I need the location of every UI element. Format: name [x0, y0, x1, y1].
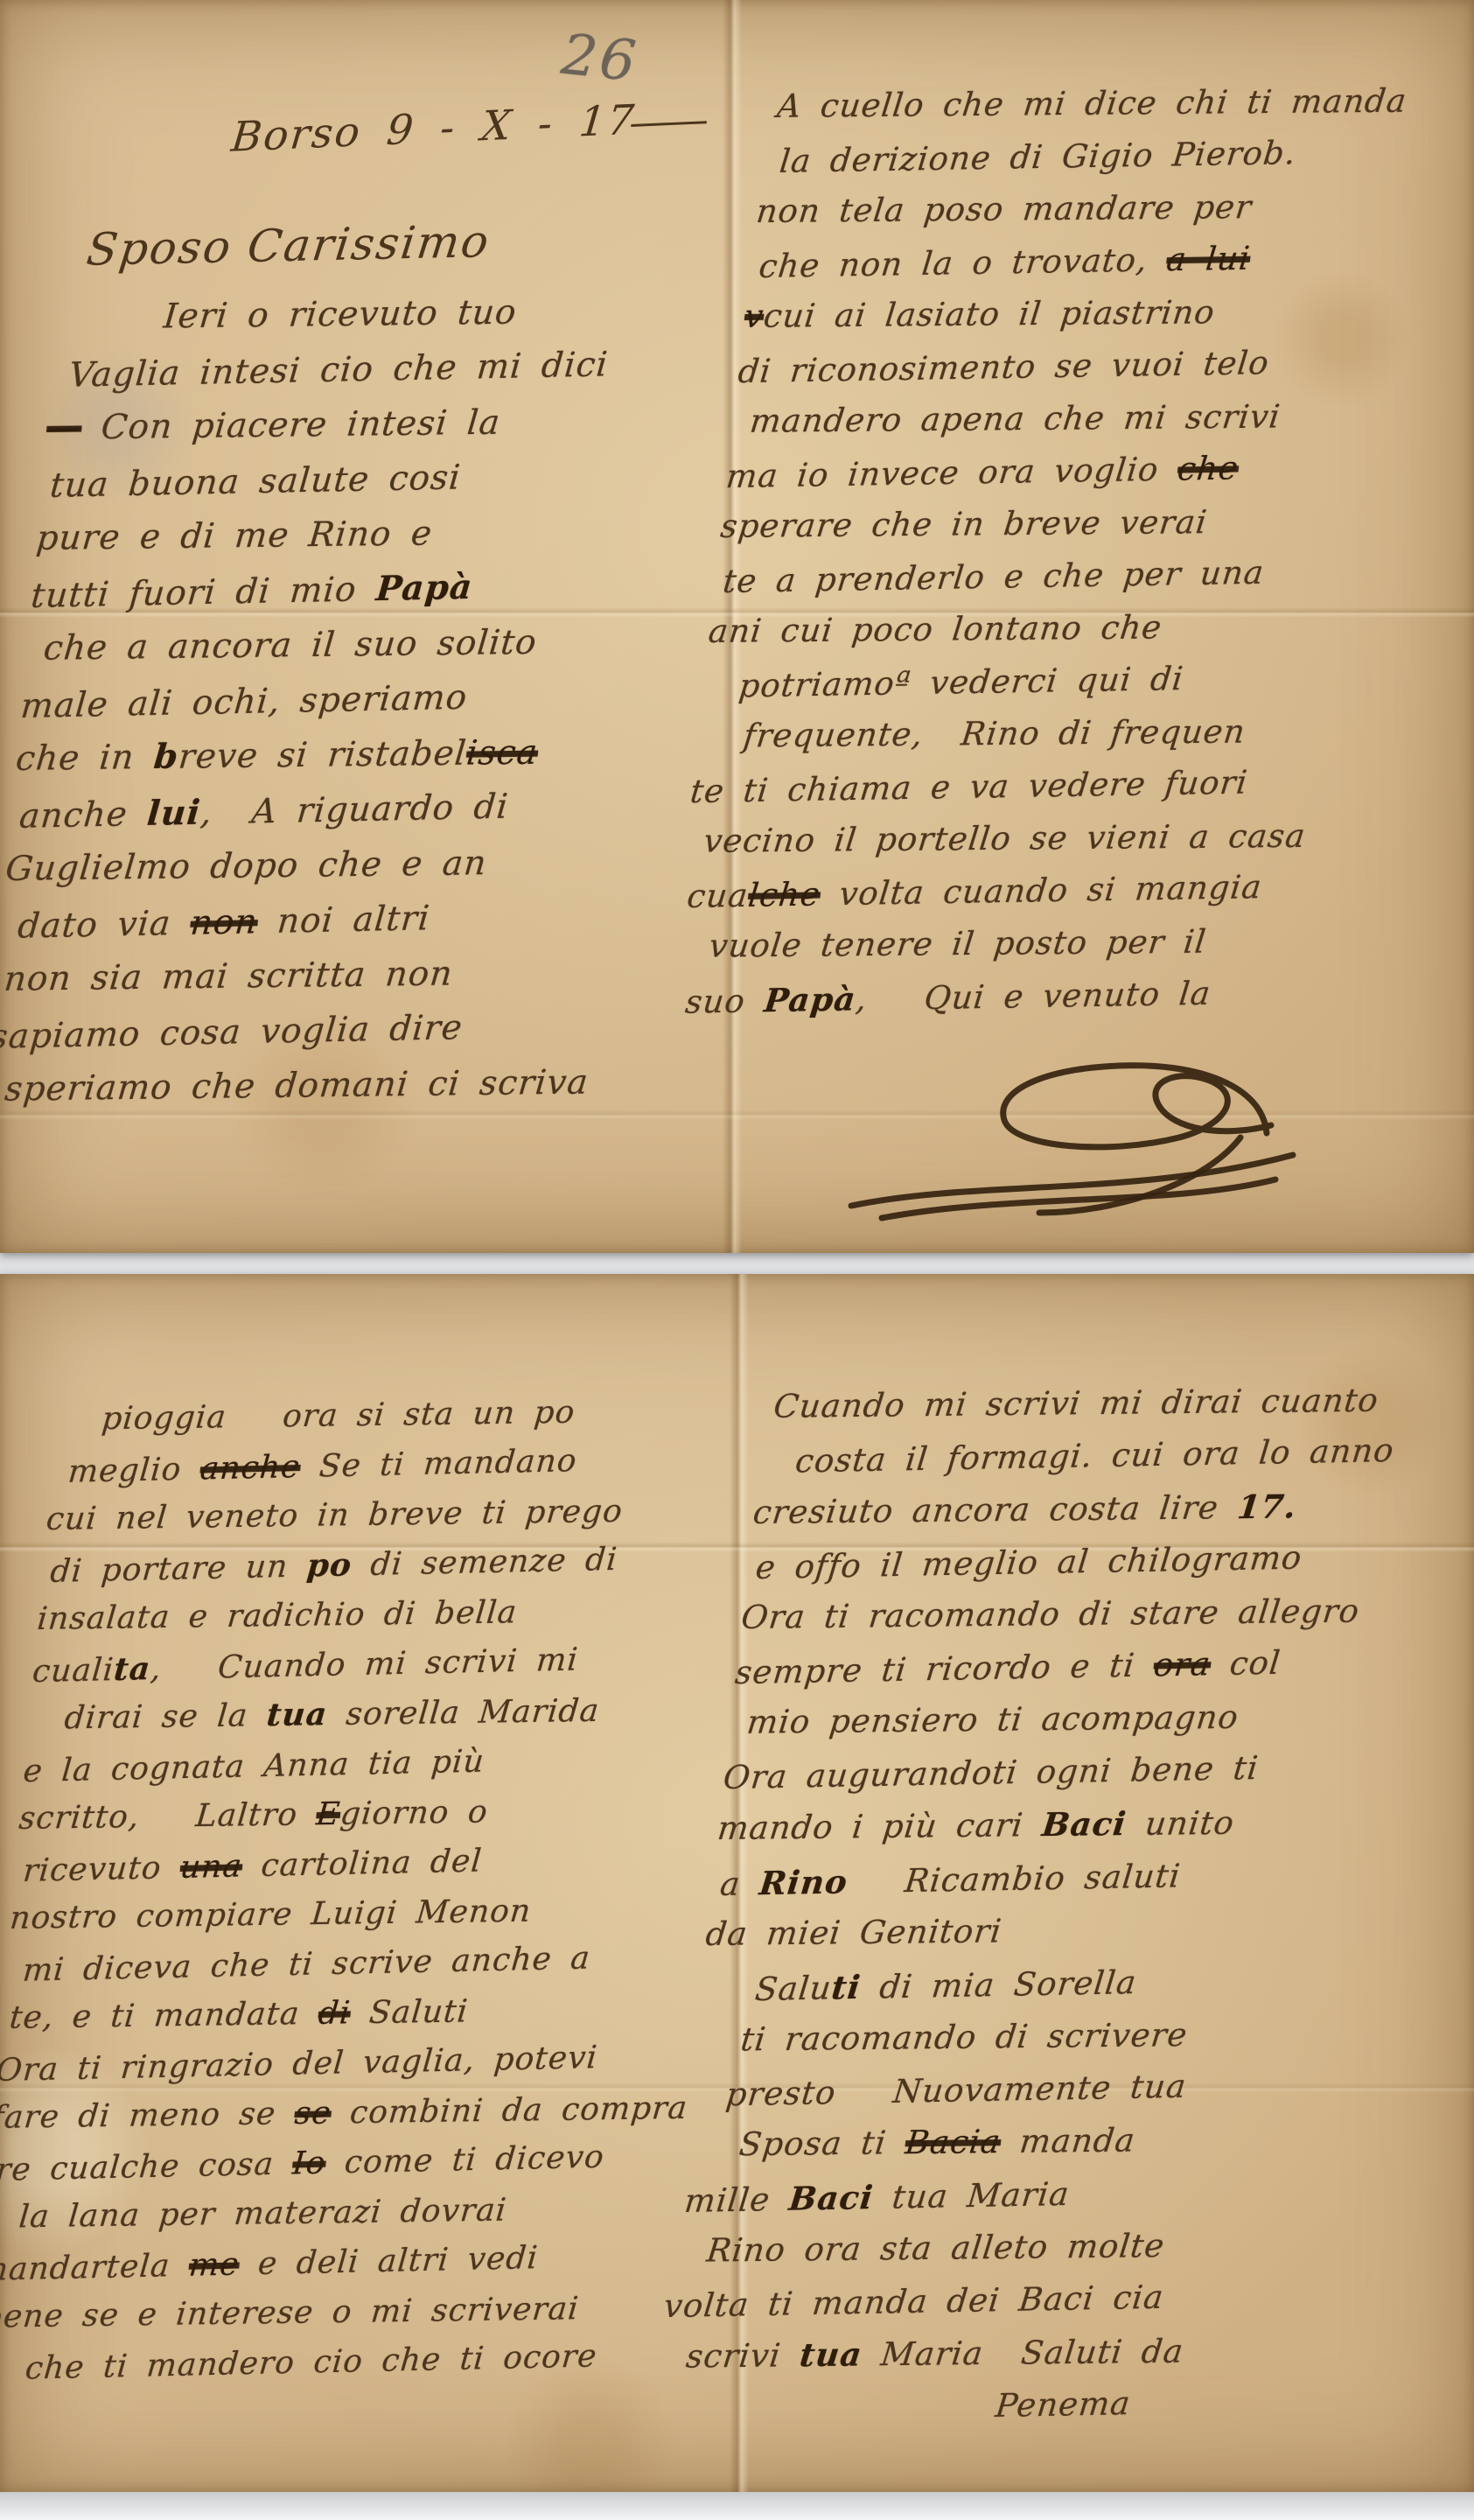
- handwriting-text: e la cognata Anna tia più: [22, 1744, 486, 1789]
- handwriting-text: , Cuando mi scrivi mi: [150, 1642, 580, 1688]
- heavy-ink-word: ta: [112, 1650, 152, 1688]
- handwriting-text: volta cuando si mangia: [819, 868, 1264, 913]
- struck-word: anche: [199, 1449, 302, 1487]
- page2-right-column: Cuando mi scrivi mi dirai cuanto costa i…: [650, 1373, 1474, 2435]
- scanner-background-strip: [0, 2492, 1474, 2520]
- handwritten-line: Saluti di mia Sorella: [715, 1950, 1415, 2017]
- struck-word: lche: [746, 875, 822, 913]
- handwriting-text: Ora ti racomando di stare allegro: [739, 1592, 1361, 1636]
- handwriting-text: tua buona salute cosi: [48, 458, 462, 505]
- handwritten-line: cualche volta cuando si mangia: [684, 859, 1382, 923]
- handwritten-line: mille Baci tua Maria: [682, 2161, 1391, 2228]
- struck-word: me: [187, 2247, 241, 2284]
- handwriting-text: scrivi: [665, 2336, 802, 2376]
- handwriting-text: Saluti: [349, 1993, 470, 2031]
- heavy-ink-word: Papà: [374, 567, 474, 609]
- handwritten-line: mandero apena che mi scrivi: [747, 389, 1436, 448]
- handwritten-line: Penema: [649, 2373, 1366, 2439]
- handwriting-text: tua Maria: [871, 2175, 1072, 2216]
- handwritten-line: la derizione di Gigio Pierob.: [777, 124, 1466, 188]
- heavy-ink-word: tua: [798, 2335, 864, 2375]
- handwriting-text: mio pensiero ti acompagno: [745, 1698, 1240, 1741]
- handwritten-line: vecino il portello se vieni a casa: [681, 809, 1388, 868]
- handwritten-line: potriamoª vederci qui di: [717, 649, 1407, 713]
- handwriting-text: sperare che in breve verai: [718, 503, 1209, 545]
- handwriting-text: la lana per materazi dovrai: [0, 2193, 508, 2236]
- handwriting-text: che non la o trovato,: [757, 241, 1169, 285]
- handwriting-text: Vaglia intesi cio che mi dici: [67, 345, 610, 395]
- struck-word: una: [178, 1848, 243, 1886]
- handwriting-text: che a ancora il suo solito: [42, 623, 539, 668]
- handwriting-text: reve si ristabel: [177, 734, 468, 777]
- handwriting-text: te a prenderlo e che per una: [721, 554, 1266, 600]
- handwritten-line: vuole tenere il posto per il: [688, 914, 1377, 973]
- handwriting-text: sapiamo cosa voglia dire: [0, 1008, 465, 1057]
- handwriting-text: cui ai lasiato il piastrino: [762, 293, 1217, 334]
- handwritten-line: ani cui poco lontano che: [706, 599, 1413, 658]
- handwriting-text: Ora augurandoti ogni bene ti: [722, 1749, 1261, 1796]
- handwriting-text: te, e ti mandata: [8, 1996, 320, 2036]
- handwritten-line: frequente, Rino di frequen: [702, 704, 1401, 763]
- date-line: Borso 9 - X - 17: [229, 93, 709, 162]
- handwriting-text: pure e di me Rino e: [35, 514, 435, 558]
- handwritten-line: a Rino Ricambio saluti: [717, 1844, 1426, 1911]
- handwriting-text: e offo il meglio al chilogramo: [754, 1539, 1304, 1586]
- handwriting-text: meglio: [66, 1451, 201, 1489]
- handwriting-text: da miei Genitori: [704, 1912, 1004, 1953]
- heavy-ink-word: Rino: [758, 1862, 849, 1902]
- heavy-ink-word: po: [305, 1546, 353, 1584]
- handwriting-text: la derizione di Gigio Pierob.: [778, 134, 1298, 180]
- handwriting-text: fare di meno se: [0, 2096, 297, 2136]
- handwriting-text: nostro compiare Luigi Menon: [9, 1893, 533, 1936]
- handwriting-text: di riconosimento se vuoi telo: [737, 344, 1271, 390]
- handwriting-text: presto Nuovamente tua: [686, 2068, 1188, 2114]
- signature-flourish: [829, 1050, 1319, 1238]
- handwriting-text: dirai se la: [44, 1697, 268, 1737]
- handwriting-text: sempre ti ricordo e ti: [733, 1646, 1156, 1691]
- handwriting-text: re cualche cosa: [0, 2145, 294, 2187]
- handwriting-text: anche: [17, 794, 149, 836]
- handwriting-text: insalata e radichio di bella: [36, 1594, 519, 1637]
- struck-word: a lui: [1164, 240, 1252, 279]
- handwriting-text: Penema: [650, 2384, 1132, 2431]
- handwriting-text: Sposa ti: [680, 2124, 907, 2164]
- struck-word: ora: [1152, 1645, 1213, 1683]
- handwriting-text: bene se e interese o mi scriverai: [0, 2291, 581, 2335]
- page2-left-column: pioggia ora si sta un pomeglio anche Se …: [0, 1385, 754, 2392]
- handwriting-text: di semenze di: [350, 1542, 618, 1584]
- handwriting-text: ti racomando di scrivere: [701, 2016, 1190, 2059]
- handwriting-text: vecino il portello se vieni a casa: [682, 817, 1308, 860]
- heavy-ink-word: lui: [145, 793, 202, 834]
- heavy-ink-word: Papà: [762, 980, 858, 1020]
- handwriting-text: noi altri: [256, 899, 432, 941]
- struck-word: che: [1176, 449, 1240, 487]
- handwriting-text: suo: [665, 982, 766, 1021]
- handwriting-text: A cuello che mi dice chi ti manda: [775, 82, 1408, 125]
- handwriting-text: cartolina del: [241, 1843, 483, 1884]
- handwritten-line: ma io invece ora voglio che: [723, 439, 1430, 503]
- handwriting-text: potriamoª vederci qui di: [718, 660, 1185, 705]
- page1-right-column: A cuello che mi dice chi ti mandala deri…: [664, 74, 1472, 1026]
- handwriting-text: cresiuto ancora costa lire: [751, 1488, 1240, 1531]
- handwriting-text: Ieri o ricevuto tuo: [64, 293, 519, 338]
- handwritten-line: te ti chiama e va vedere fuori: [688, 754, 1394, 818]
- handwriting-text: costa il formagi. cui ora lo anno: [774, 1431, 1395, 1480]
- struck-word: Io: [291, 2145, 327, 2182]
- pencil-page-number: 26: [558, 23, 641, 95]
- heavy-ink-word: ti: [829, 1968, 863, 2007]
- heavy-ink-word: Baci: [1040, 1804, 1128, 1844]
- handwritten-line: non tela poso mandare per: [753, 179, 1460, 238]
- handwriting-text: e deli altri vedi: [238, 2240, 540, 2282]
- struck-word: di: [317, 1995, 352, 2032]
- handwriting-text: volta ti manda dei Baci cia: [662, 2278, 1166, 2325]
- signature-flourish-drawing: [829, 1050, 1319, 1238]
- handwriting-text: mille: [682, 2180, 791, 2220]
- handwriting-text: mandartela: [0, 2248, 191, 2288]
- handwriting-text: cua: [685, 877, 750, 915]
- salutation: Sposo Carissimo: [84, 216, 493, 276]
- handwriting-text: non tela poso mandare per: [754, 188, 1254, 230]
- handwriting-text: scritto, Laltro: [17, 1796, 318, 1837]
- handwriting-text: speriamo che domani ci scriva: [0, 1063, 590, 1109]
- handwriting-text: cui nel veneto in breve ti prego: [45, 1494, 625, 1537]
- handwriting-text: pioggia ora si sta un po: [63, 1395, 577, 1438]
- struck-word: —: [45, 409, 83, 448]
- handwriting-text: Cuando mi scrivi mi dirai cuanto: [772, 1382, 1380, 1425]
- struck-word: E: [315, 1796, 342, 1832]
- handwriting-text: manda: [999, 2122, 1138, 2161]
- handwritten-line: di riconosimento se vuoi telo: [736, 334, 1443, 398]
- letter-page-1: 26 Borso 9 - X - 17 Sposo Carissimo Ieri…: [0, 0, 1474, 1253]
- handwriting-text: sorella Marida: [325, 1693, 601, 1732]
- handwritten-line: sperare che in breve verai: [717, 494, 1424, 553]
- handwritten-line: te a prenderlo e che per una: [720, 544, 1418, 608]
- handwriting-text: vuole tenere il posto per il: [688, 923, 1209, 965]
- handwriting-text: cuali: [31, 1652, 115, 1690]
- handwritten-line: suo Papà, Qui e venuto la: [664, 964, 1371, 1029]
- struck-word: Bacia: [904, 2123, 1003, 2161]
- handwriting-text: Rino ora sta alleto molte: [686, 2227, 1167, 2270]
- handwriting-text: ma io invece ora voglio: [724, 451, 1180, 496]
- struck-word: isca: [465, 733, 540, 773]
- handwriting-text: , Qui e venuto la: [854, 975, 1212, 1018]
- struck-word: se: [293, 2096, 333, 2132]
- heavy-ink-word: Baci: [787, 2178, 876, 2218]
- handwriting-text: mandero apena che mi scrivi: [748, 398, 1282, 440]
- handwriting-text: Salu: [716, 1969, 834, 2008]
- handwriting-text: Ora ti ringrazio del vaglia, potevi: [0, 2040, 599, 2089]
- handwritten-line: vcui ai lasiato il piastrino: [742, 284, 1449, 343]
- handwriting-text: giorno o: [339, 1794, 489, 1831]
- handwritten-line: speriamo che domani ci scriva: [0, 1053, 667, 1116]
- handwriting-text: Se ti mandano: [299, 1443, 578, 1485]
- heavy-ink-word: b: [152, 737, 181, 777]
- handwriting-text: unito: [1124, 1804, 1236, 1843]
- handwriting-text: Ricambio saluti: [846, 1857, 1183, 1900]
- handwriting-text: frequente, Rino di frequen: [703, 713, 1247, 755]
- handwriting-text: ani cui poco lontano che: [707, 608, 1164, 650]
- handwriting-text: ricevuto: [22, 1850, 182, 1889]
- handwriting-text: dato via: [17, 904, 192, 947]
- heavy-ink-word: tua: [265, 1696, 329, 1733]
- letter-page-2: pioggia ora si sta un pomeglio anche Se …: [0, 1274, 1474, 2492]
- handwriting-text: male ali ochi, speriamo: [19, 678, 469, 726]
- handwriting-text: mando i più cari: [716, 1806, 1044, 1847]
- handwriting-text: te ti chiama e va vedere fuori: [688, 764, 1250, 811]
- handwritten-line: A cuello che mi dice chi ti manda: [774, 74, 1472, 133]
- handwriting-text: di mia Sorella: [859, 1963, 1139, 2006]
- page1-left-column: Ieri o ricevuto tuoVaglia intesi cio che…: [0, 283, 738, 1117]
- handwriting-text: che ti mandero cio che ti ocore: [0, 2338, 598, 2388]
- heavy-ink-word: 17.: [1235, 1487, 1298, 1526]
- handwriting-text: Maria Saluti da: [860, 2333, 1185, 2374]
- scanned-letter: 26 Borso 9 - X - 17 Sposo Carissimo Ieri…: [0, 0, 1474, 2520]
- handwriting-text: , A riguardo di: [199, 787, 510, 833]
- handwriting-text: mi diceva che ti scrive anche a: [21, 1941, 591, 1989]
- handwritten-line: che non la o trovato, a lui: [757, 229, 1455, 293]
- handwriting-text: come ti dicevo: [325, 2139, 606, 2181]
- handwriting-text: non sia mai scritta non: [3, 955, 455, 999]
- handwriting-text: che in: [14, 738, 156, 779]
- handwriting-text: col: [1209, 1644, 1282, 1683]
- handwriting-text: tutti fuori di mio: [30, 570, 378, 616]
- handwriting-text: Con piacere intesi la: [80, 403, 502, 448]
- struck-word: non: [189, 902, 260, 943]
- handwriting-text: combini da compra: [330, 2090, 689, 2131]
- handwriting-text: a: [718, 1865, 761, 1903]
- handwriting-text: Guglielmo dopo che e an: [3, 843, 488, 889]
- handwriting-text: di portare un: [49, 1549, 309, 1590]
